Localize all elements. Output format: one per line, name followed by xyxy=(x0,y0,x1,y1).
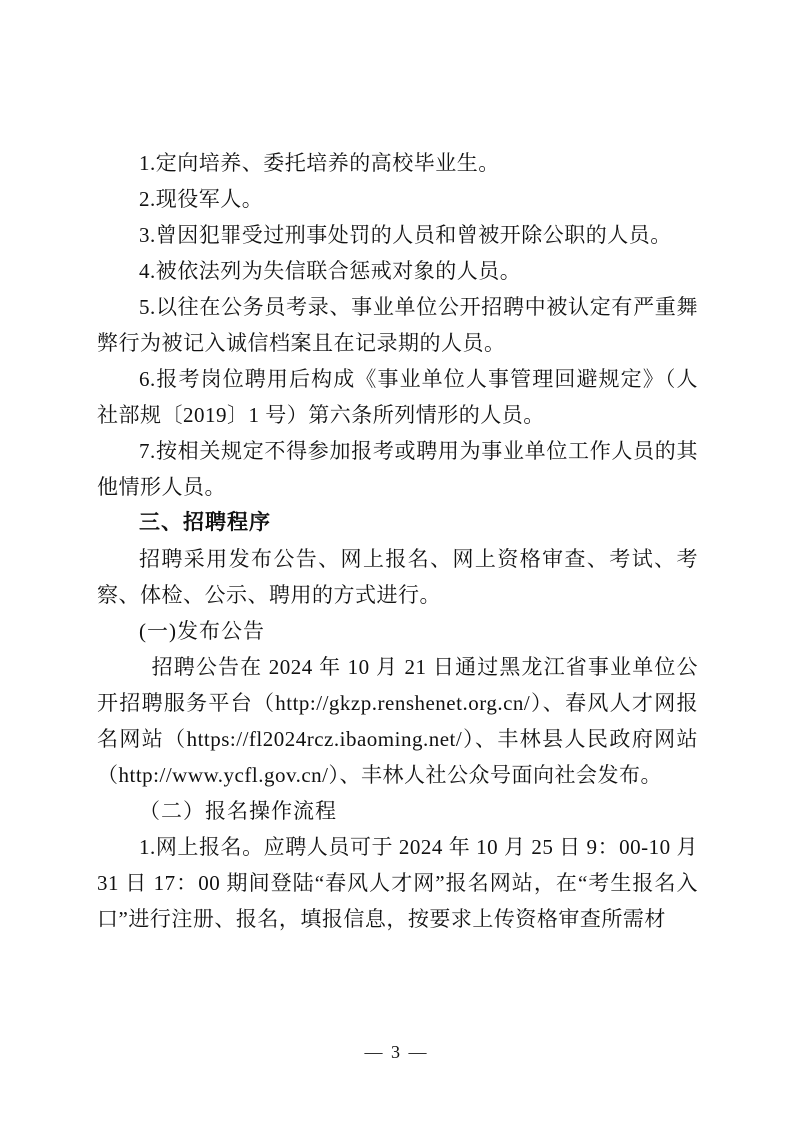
paragraph-online-registration: 1.网上报名。应聘人员可于 2024 年 10 月 25 日 9：00-10 月… xyxy=(97,829,698,937)
list-item-1: 1.定向培养、委托培养的高校毕业生。 xyxy=(97,145,698,181)
page-number: — 3 — xyxy=(0,1038,793,1066)
document-page: 1.定向培养、委托培养的高校毕业生。 2.现役军人。 3.曾因犯罪受过刑事处罚的… xyxy=(0,0,793,1122)
list-item-5: 5.以往在公务员考录、事业单位公开招聘中被认定有严重舞弊行为被记入诚信档案且在记… xyxy=(97,289,698,361)
list-item-6: 6.报考岗位聘用后构成《事业单位人事管理回避规定》（人社部规〔2019〕1 号）… xyxy=(97,361,698,433)
list-item-2: 2.现役军人。 xyxy=(97,181,698,217)
list-item-3: 3.曾因犯罪受过刑事处罚的人员和曾被开除公职的人员。 xyxy=(97,217,698,253)
sub-heading-announcement-release: (一)发布公告 xyxy=(97,613,698,649)
sub-heading-registration-process: （二）报名操作流程 xyxy=(97,793,698,829)
section-heading-recruitment-procedure: 三、招聘程序 xyxy=(97,505,698,541)
paragraph-procedure-overview: 招聘采用发布公告、网上报名、网上资格审查、考试、考察、体检、公示、聘用的方式进行… xyxy=(97,541,698,613)
list-item-7: 7.按相关规定不得参加报考或聘用为事业单位工作人员的其他情形人员。 xyxy=(97,433,698,505)
paragraph-announcement-channels: 招聘公告在 2024 年 10 月 21 日通过黑龙江省事业单位公开招聘服务平台… xyxy=(97,649,698,793)
list-item-4: 4.被依法列为失信联合惩戒对象的人员。 xyxy=(97,253,698,289)
document-body: 1.定向培养、委托培养的高校毕业生。 2.现役军人。 3.曾因犯罪受过刑事处罚的… xyxy=(97,145,698,937)
